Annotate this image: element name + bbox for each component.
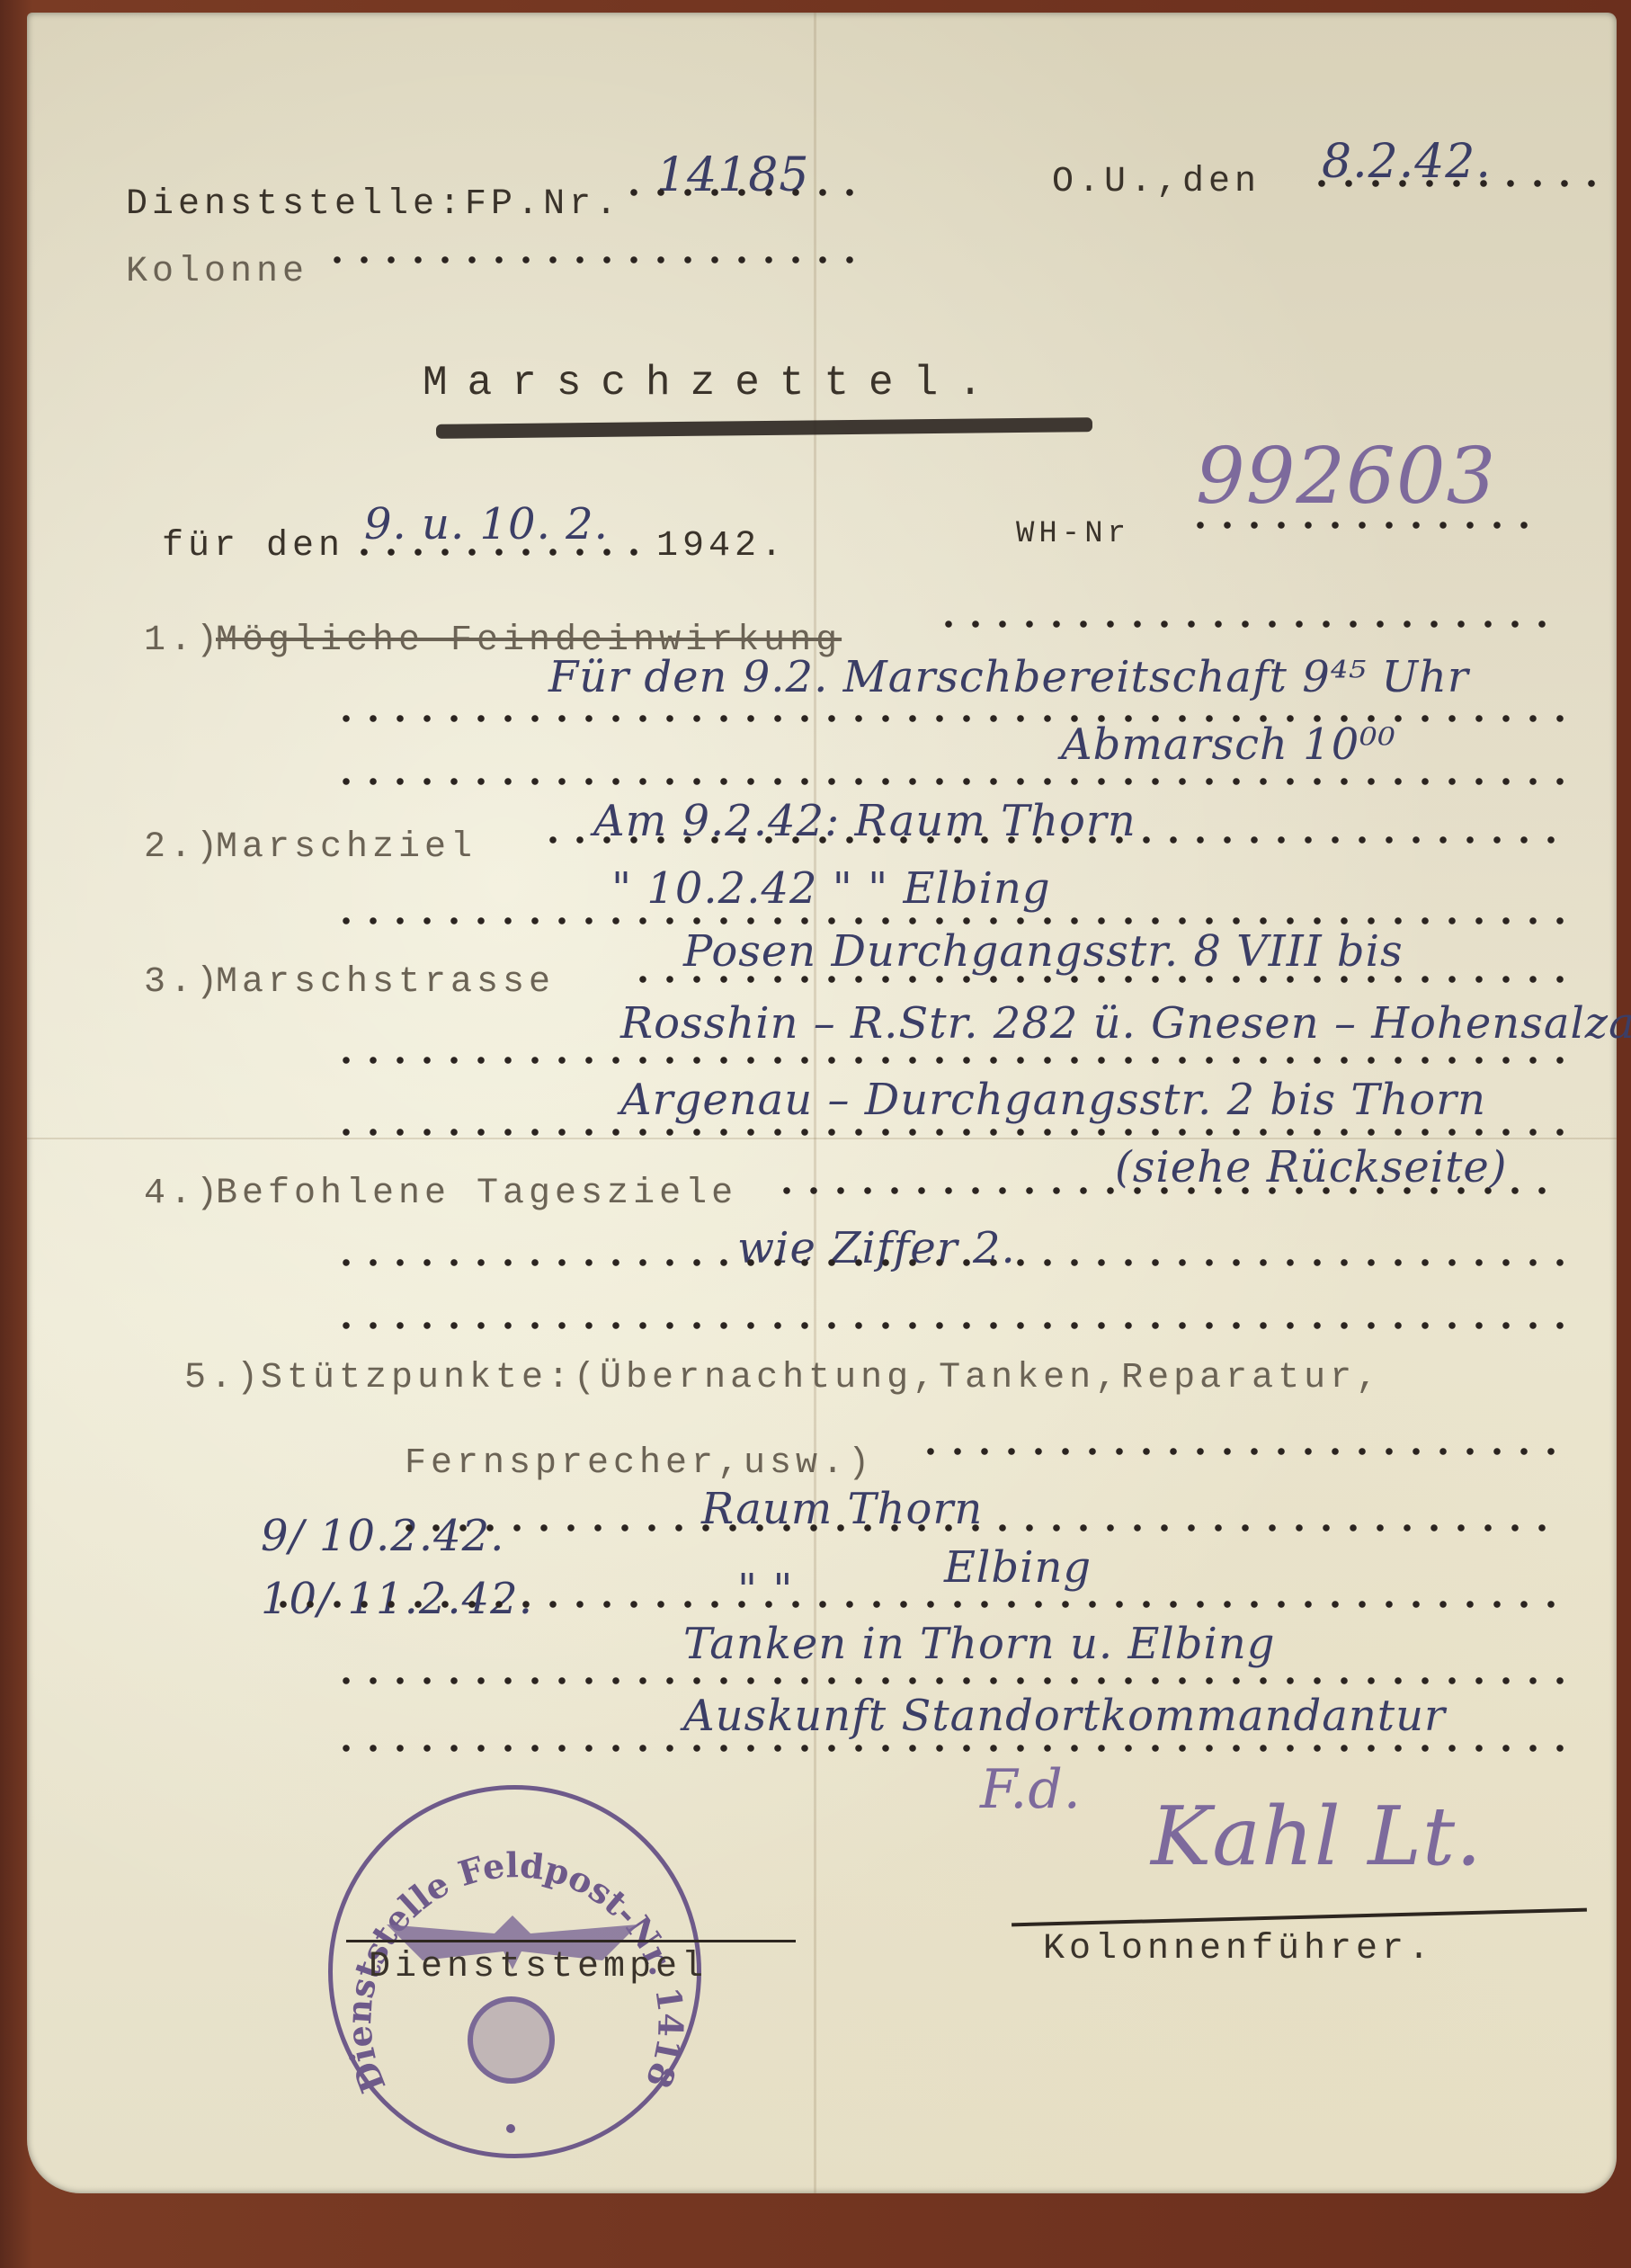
- signature-name: Kahl Lt.: [1151, 1790, 1483, 1884]
- item-1-number: 1.): [144, 621, 222, 661]
- item-5-dots: [917, 1448, 1564, 1455]
- stamp-dot-icon: [506, 2124, 515, 2133]
- item-1-hand-line-2: Abmarsch 10⁰⁰: [1061, 719, 1396, 770]
- item-3-dots-2: [333, 1057, 1564, 1064]
- stamp-label: Dienststempel: [369, 1947, 708, 1987]
- signature-label: Kolonnenführer.: [1043, 1929, 1434, 1969]
- item-5-date-1: 9/ 10.2.42.: [261, 1511, 504, 1561]
- kolonne-dots: [324, 256, 863, 263]
- wh-nr-value: 992603: [1196, 432, 1496, 522]
- wh-nr-label: WH-Nr: [1016, 517, 1130, 551]
- item-5-date-2: 10/ 11.2.42.: [261, 1574, 533, 1624]
- fuer-den-year: 1942.: [656, 526, 787, 567]
- item-5-label: Stützpunkte:(Übernachtung,Tanken,Reparat…: [261, 1358, 1382, 1398]
- item-4-hand-line-1: (siehe Rückseite): [1115, 1142, 1508, 1192]
- item-4-number: 4.): [144, 1174, 222, 1214]
- dienststelle-label: Dienststelle:FP.Nr.: [126, 184, 621, 225]
- item-2-label: Marschziel: [216, 827, 477, 868]
- fuer-den-dots: [351, 549, 647, 556]
- item-3-dots-3: [333, 1129, 1564, 1136]
- wh-nr-dots: [1187, 522, 1529, 529]
- wreath-emblem-icon: [468, 1996, 555, 2084]
- item-1-dots-3: [333, 778, 1564, 785]
- fold-crease-horizontal: [27, 1138, 1617, 1139]
- item-2-hand-line-1: Am 9.2.42: Raum Thorn: [593, 796, 1136, 846]
- item-3-hand-line-3: Argenau – Durchgangsstr. 2 bis Thorn: [620, 1075, 1486, 1125]
- item-5-dots-2: [396, 1524, 1564, 1531]
- fuer-den-label: für den: [162, 526, 344, 567]
- fp-number-dots: [620, 189, 863, 196]
- item-3-label: Marschstrasse: [216, 962, 555, 1003]
- item-5-hand-line-3: Tanken in Thorn u. Elbing: [683, 1619, 1276, 1669]
- date-dots: [1308, 180, 1605, 187]
- item-1-dots: [935, 621, 1564, 628]
- item-3-dots: [629, 976, 1564, 983]
- item-4-dots-2: [333, 1259, 1564, 1266]
- kolonne-label: Kolonne: [126, 252, 308, 292]
- item-5-dots-5: [333, 1745, 1564, 1752]
- item-5-number: 5.): [184, 1358, 263, 1398]
- item-2-hand-line-2: " 10.2.42 " " Elbing: [611, 863, 1051, 914]
- item-5-dots-4: [333, 1677, 1564, 1684]
- item-5-label-cont: Fernsprecher,usw.): [405, 1443, 874, 1484]
- item-3-number: 3.): [144, 962, 222, 1003]
- fuer-den-dates: 9. u. 10. 2.: [364, 499, 609, 549]
- document-title: Marschzettel.: [423, 360, 1003, 406]
- signature-prefix: F.d.: [980, 1758, 1082, 1821]
- item-1-hand-line-1: Für den 9.2. Marschbereitschaft 9⁴⁵ Uhr: [548, 652, 1469, 702]
- item-3-hand-line-1: Posen Durchgangsstr. 8 VIII bis: [683, 926, 1404, 977]
- item-4-dots-3: [333, 1322, 1564, 1329]
- stamp-signature-line: [346, 1940, 796, 1942]
- place-date-label: O.U.,den: [1052, 162, 1261, 202]
- item-5-dots-3: [270, 1601, 1564, 1608]
- item-2-dots-2: [333, 917, 1564, 924]
- item-2-number: 2.): [144, 827, 222, 868]
- item-5-hand-line-4: Auskunft Standortkommandantur: [683, 1691, 1446, 1741]
- item-3-hand-line-2: Rosshin – R.Str. 282 ü. Gnesen – Hohensa…: [620, 998, 1631, 1049]
- item-4-label: Befohlene Tagesziele: [216, 1174, 737, 1214]
- item-5-hand-line-2: Elbing: [944, 1542, 1092, 1593]
